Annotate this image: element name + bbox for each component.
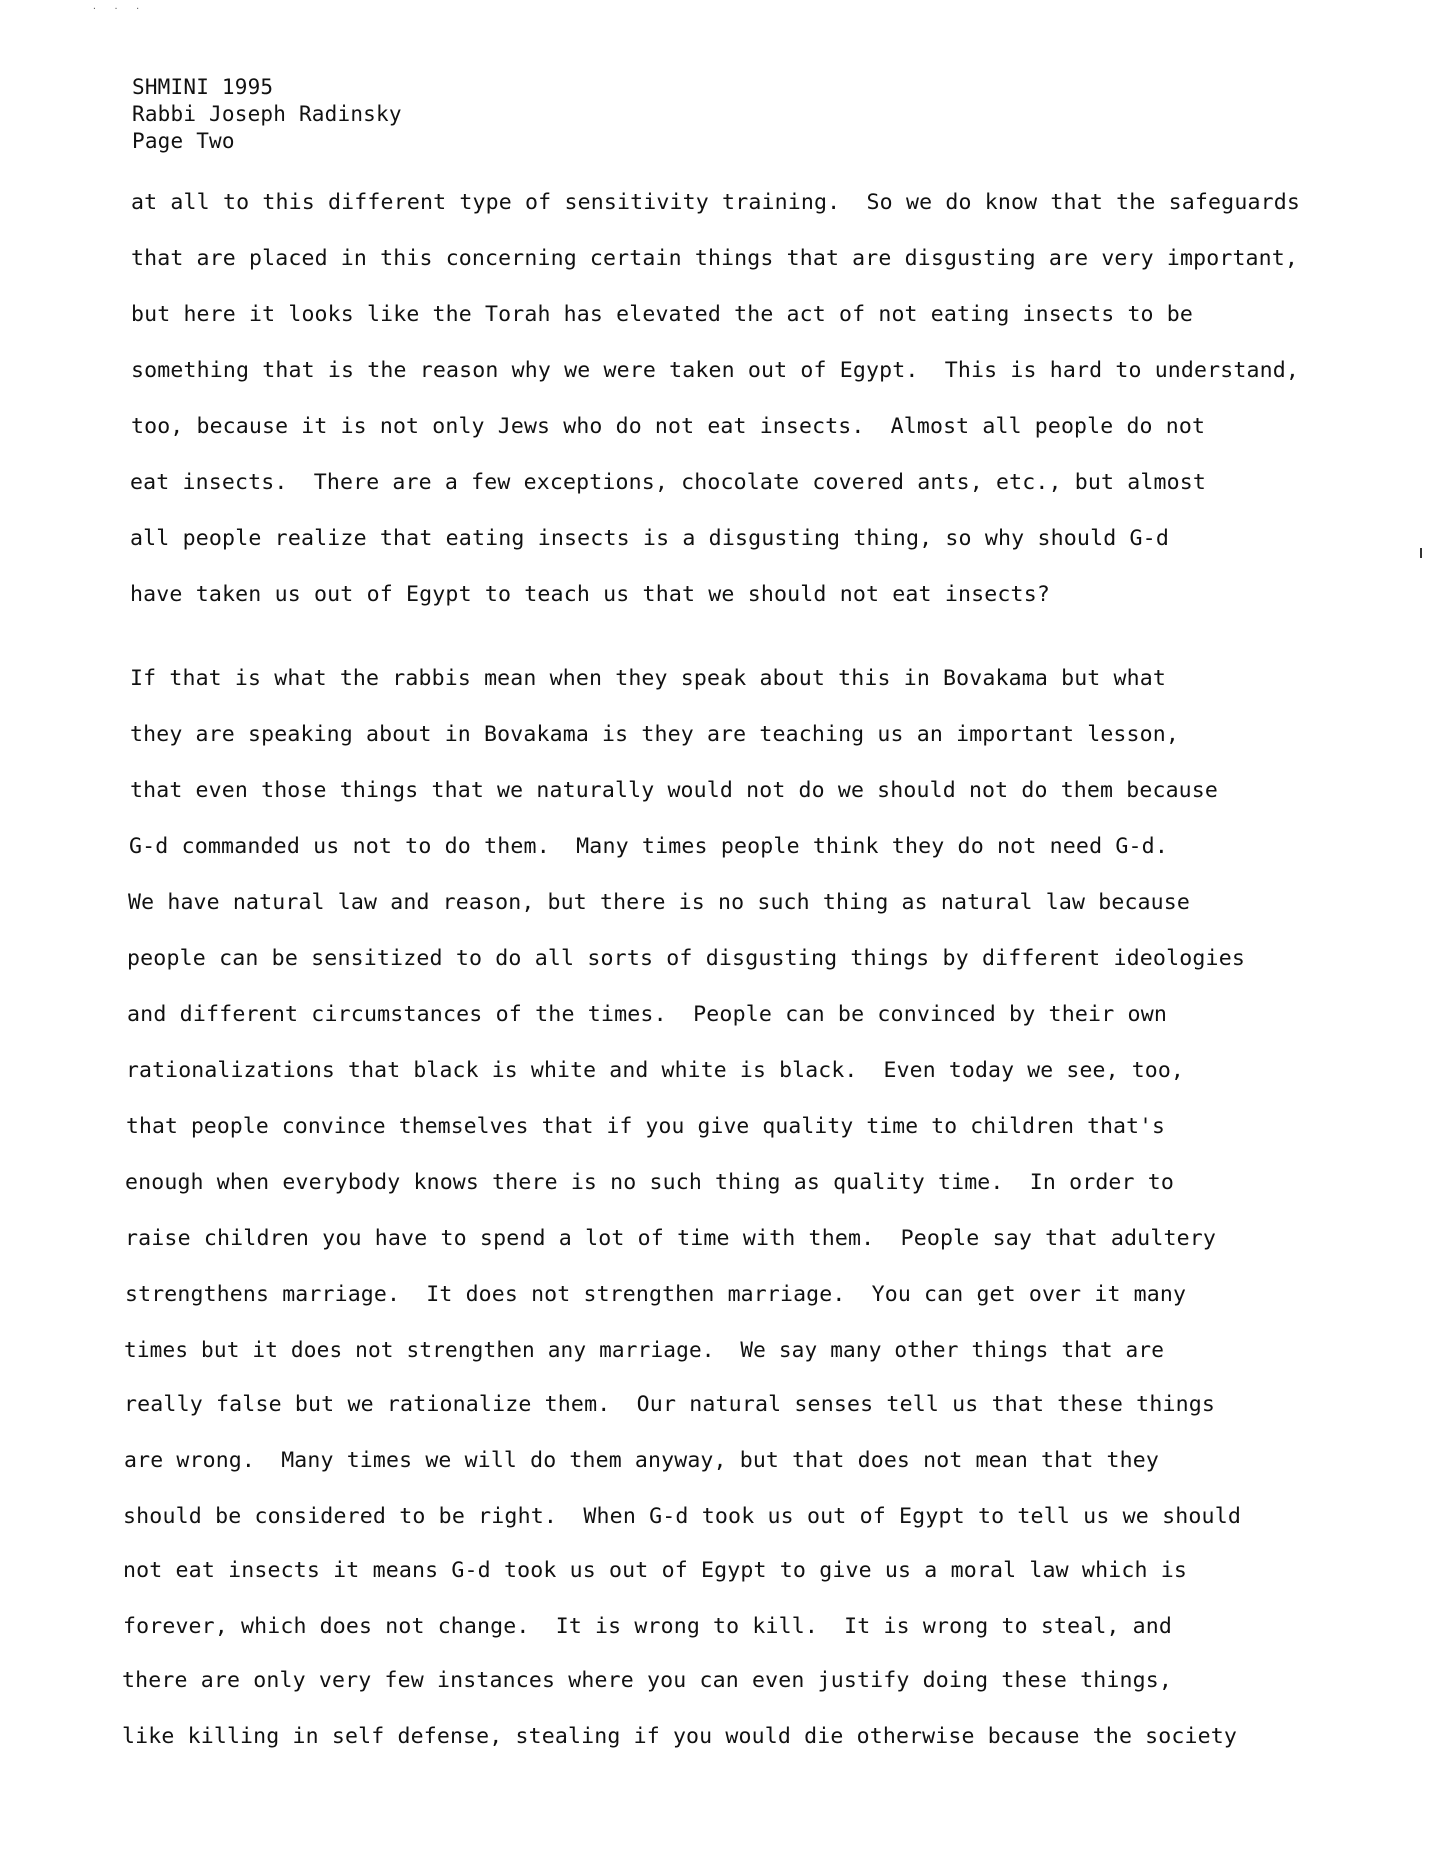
text-line: that are placed in this concerning certa… bbox=[131, 246, 1298, 272]
text-line: at all to this different type of sensiti… bbox=[131, 190, 1300, 216]
text-line: If that is what the rabbis mean when the… bbox=[130, 666, 1166, 692]
text-line: really false but we rationalize them. Ou… bbox=[124, 1392, 1215, 1418]
text-line: should be considered to be right. When G… bbox=[123, 1504, 1241, 1530]
text-line: and different circumstances of the times… bbox=[127, 1002, 1167, 1028]
text-line: they are speaking about in Bovakama is t… bbox=[130, 722, 1179, 748]
text-line: there are only very few instances where … bbox=[122, 1668, 1172, 1694]
text-line: We have natural law and reason, but ther… bbox=[128, 890, 1190, 916]
document-title: SHMINI 1995 bbox=[132, 74, 402, 101]
scan-artifact: . . . bbox=[92, 2, 152, 8]
document-page: . . . SHMINI 1995 Rabbi Joseph Radinsky … bbox=[0, 0, 1430, 1851]
text-line: like killing in self defense, stealing i… bbox=[122, 1724, 1237, 1750]
text-line: strengthens marriage. It does not streng… bbox=[125, 1282, 1186, 1308]
text-line: that people convince themselves that if … bbox=[126, 1114, 1165, 1140]
text-line: are wrong. Many times we will do them an… bbox=[124, 1448, 1159, 1474]
text-line: not eat insects it means G-d took us out… bbox=[123, 1558, 1187, 1584]
text-line: rationalizations that black is white and… bbox=[126, 1058, 1184, 1084]
text-line: something that is the reason why we were… bbox=[131, 358, 1299, 384]
text-line: G-d commanded us not to do them. Many ti… bbox=[129, 834, 1168, 860]
text-line: that even those things that we naturally… bbox=[130, 778, 1218, 804]
text-line: enough when everybody knows there is no … bbox=[125, 1170, 1174, 1196]
document-header: SHMINI 1995 Rabbi Joseph Radinsky Page T… bbox=[132, 74, 402, 155]
text-line: all people realize that eating insects i… bbox=[130, 526, 1169, 552]
text-line: people can be sensitized to do all sorts… bbox=[127, 946, 1245, 972]
text-line: forever, which does not change. It is wr… bbox=[123, 1614, 1172, 1640]
scan-artifact-mark bbox=[1420, 548, 1422, 558]
text-line: raise children you have to spend a lot o… bbox=[125, 1226, 1216, 1252]
text-line: have taken us out of Egypt to teach us t… bbox=[130, 582, 1050, 608]
text-line: eat insects. There are a few exceptions,… bbox=[130, 470, 1206, 496]
text-line: too, because it is not only Jews who do … bbox=[131, 414, 1205, 440]
text-line: times but it does not strengthen any mar… bbox=[124, 1338, 1164, 1364]
document-author: Rabbi Joseph Radinsky bbox=[132, 101, 402, 128]
page-label: Page Two bbox=[132, 128, 402, 155]
text-line: but here it looks like the Torah has ele… bbox=[131, 302, 1193, 328]
